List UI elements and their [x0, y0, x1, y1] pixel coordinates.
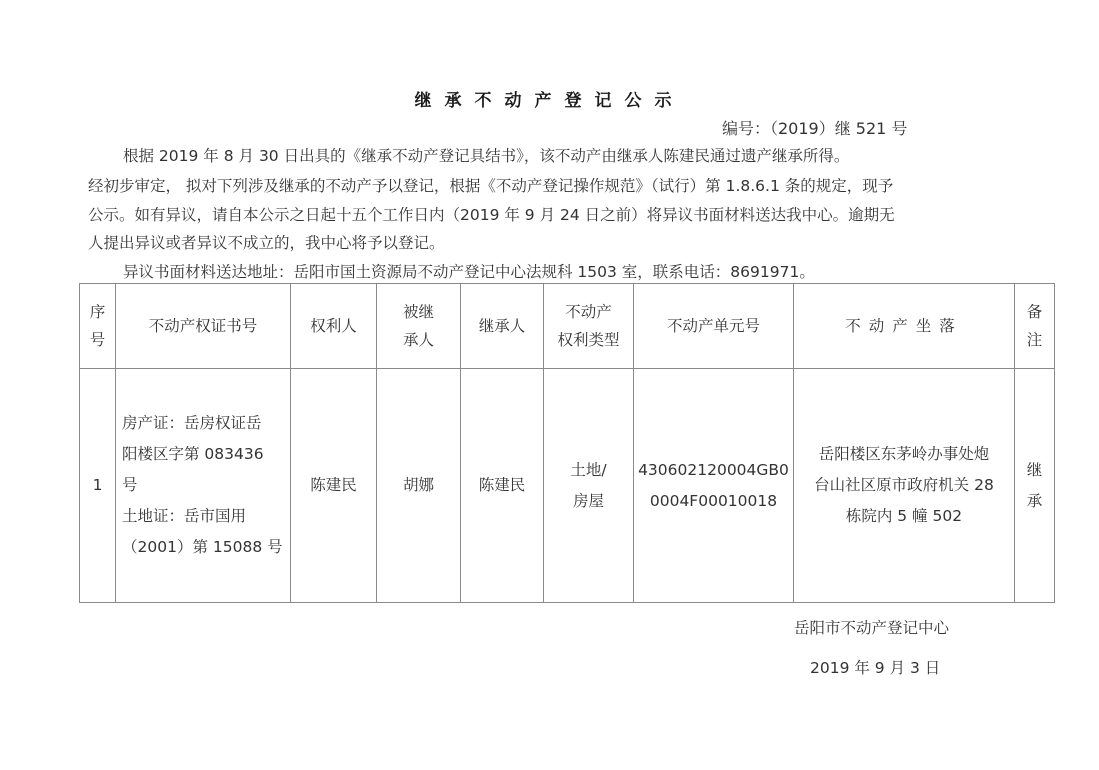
header-seq: 序号 — [80, 284, 116, 369]
document-number: 编号：（2019）继 521 号 — [722, 116, 907, 139]
header-rights-holder: 权利人 — [291, 284, 377, 369]
cell-rights-holder: 陈建民 — [291, 369, 377, 603]
cell-remark: 继 承 — [1015, 369, 1055, 603]
cell-heir: 陈建民 — [461, 369, 544, 603]
header-heir: 继承人 — [461, 284, 544, 369]
cell-unit-no: 430602120004GB0 0004F00010018 — [634, 369, 794, 603]
header-remark: 备注 — [1015, 284, 1055, 369]
paragraph-review-line3: 人提出异议或者异议不成立的，我中心将予以登记。 — [88, 233, 445, 253]
registration-table: 序号 不动产权证书号 权利人 被继承人 继承人 不动产权利类型 不动产单元号 不… — [79, 283, 1055, 603]
header-cert-no: 不动产权证书号 — [116, 284, 291, 369]
header-right-type: 不动产权利类型 — [544, 284, 634, 369]
cell-seq: 1 — [80, 369, 116, 603]
table-row: 1 房产证：岳房权证岳 阳楼区字第 083436 号 土地证：岳市国用 （200… — [80, 369, 1055, 603]
cell-right-type: 土地/ 房屋 — [544, 369, 634, 603]
paragraph-review-line1: 经初步审定， 拟对下列涉及继承的不动产予以登记，根据《不动产登记操作规范》（试行… — [88, 176, 893, 196]
document-title: 继承不动产登记公示 — [0, 86, 1099, 111]
header-unit-no: 不动产单元号 — [634, 284, 794, 369]
header-location: 不动产坐落 — [794, 284, 1015, 369]
table-header-row: 序号 不动产权证书号 权利人 被继承人 继承人 不动产权利类型 不动产单元号 不… — [80, 284, 1055, 369]
paragraph-review-line2: 公示。如有异议，请自本公示之日起十五个工作日内（2019 年 9 月 24 日之… — [88, 205, 895, 225]
paragraph-basis: 根据 2019 年 8 月 30 日出具的《继承不动产登记具结书》，该不动产由继… — [123, 146, 849, 166]
cell-cert-no: 房产证：岳房权证岳 阳楼区字第 083436 号 土地证：岳市国用 （2001）… — [116, 369, 291, 603]
cell-decedent: 胡娜 — [377, 369, 461, 603]
issuer-name: 岳阳市不动产登记中心 — [794, 616, 949, 638]
cell-location: 岳阳楼区东茅岭办事处炮 台山社区原市政府机关 28 栋院内 5 幢 502 — [794, 369, 1015, 603]
header-decedent: 被继承人 — [377, 284, 461, 369]
paragraph-objection-address: 异议书面材料送达地址：岳阳市国土资源局不动产登记中心法规科 1503 室，联系电… — [123, 262, 815, 282]
issue-date: 2019 年 9 月 3 日 — [810, 656, 940, 678]
